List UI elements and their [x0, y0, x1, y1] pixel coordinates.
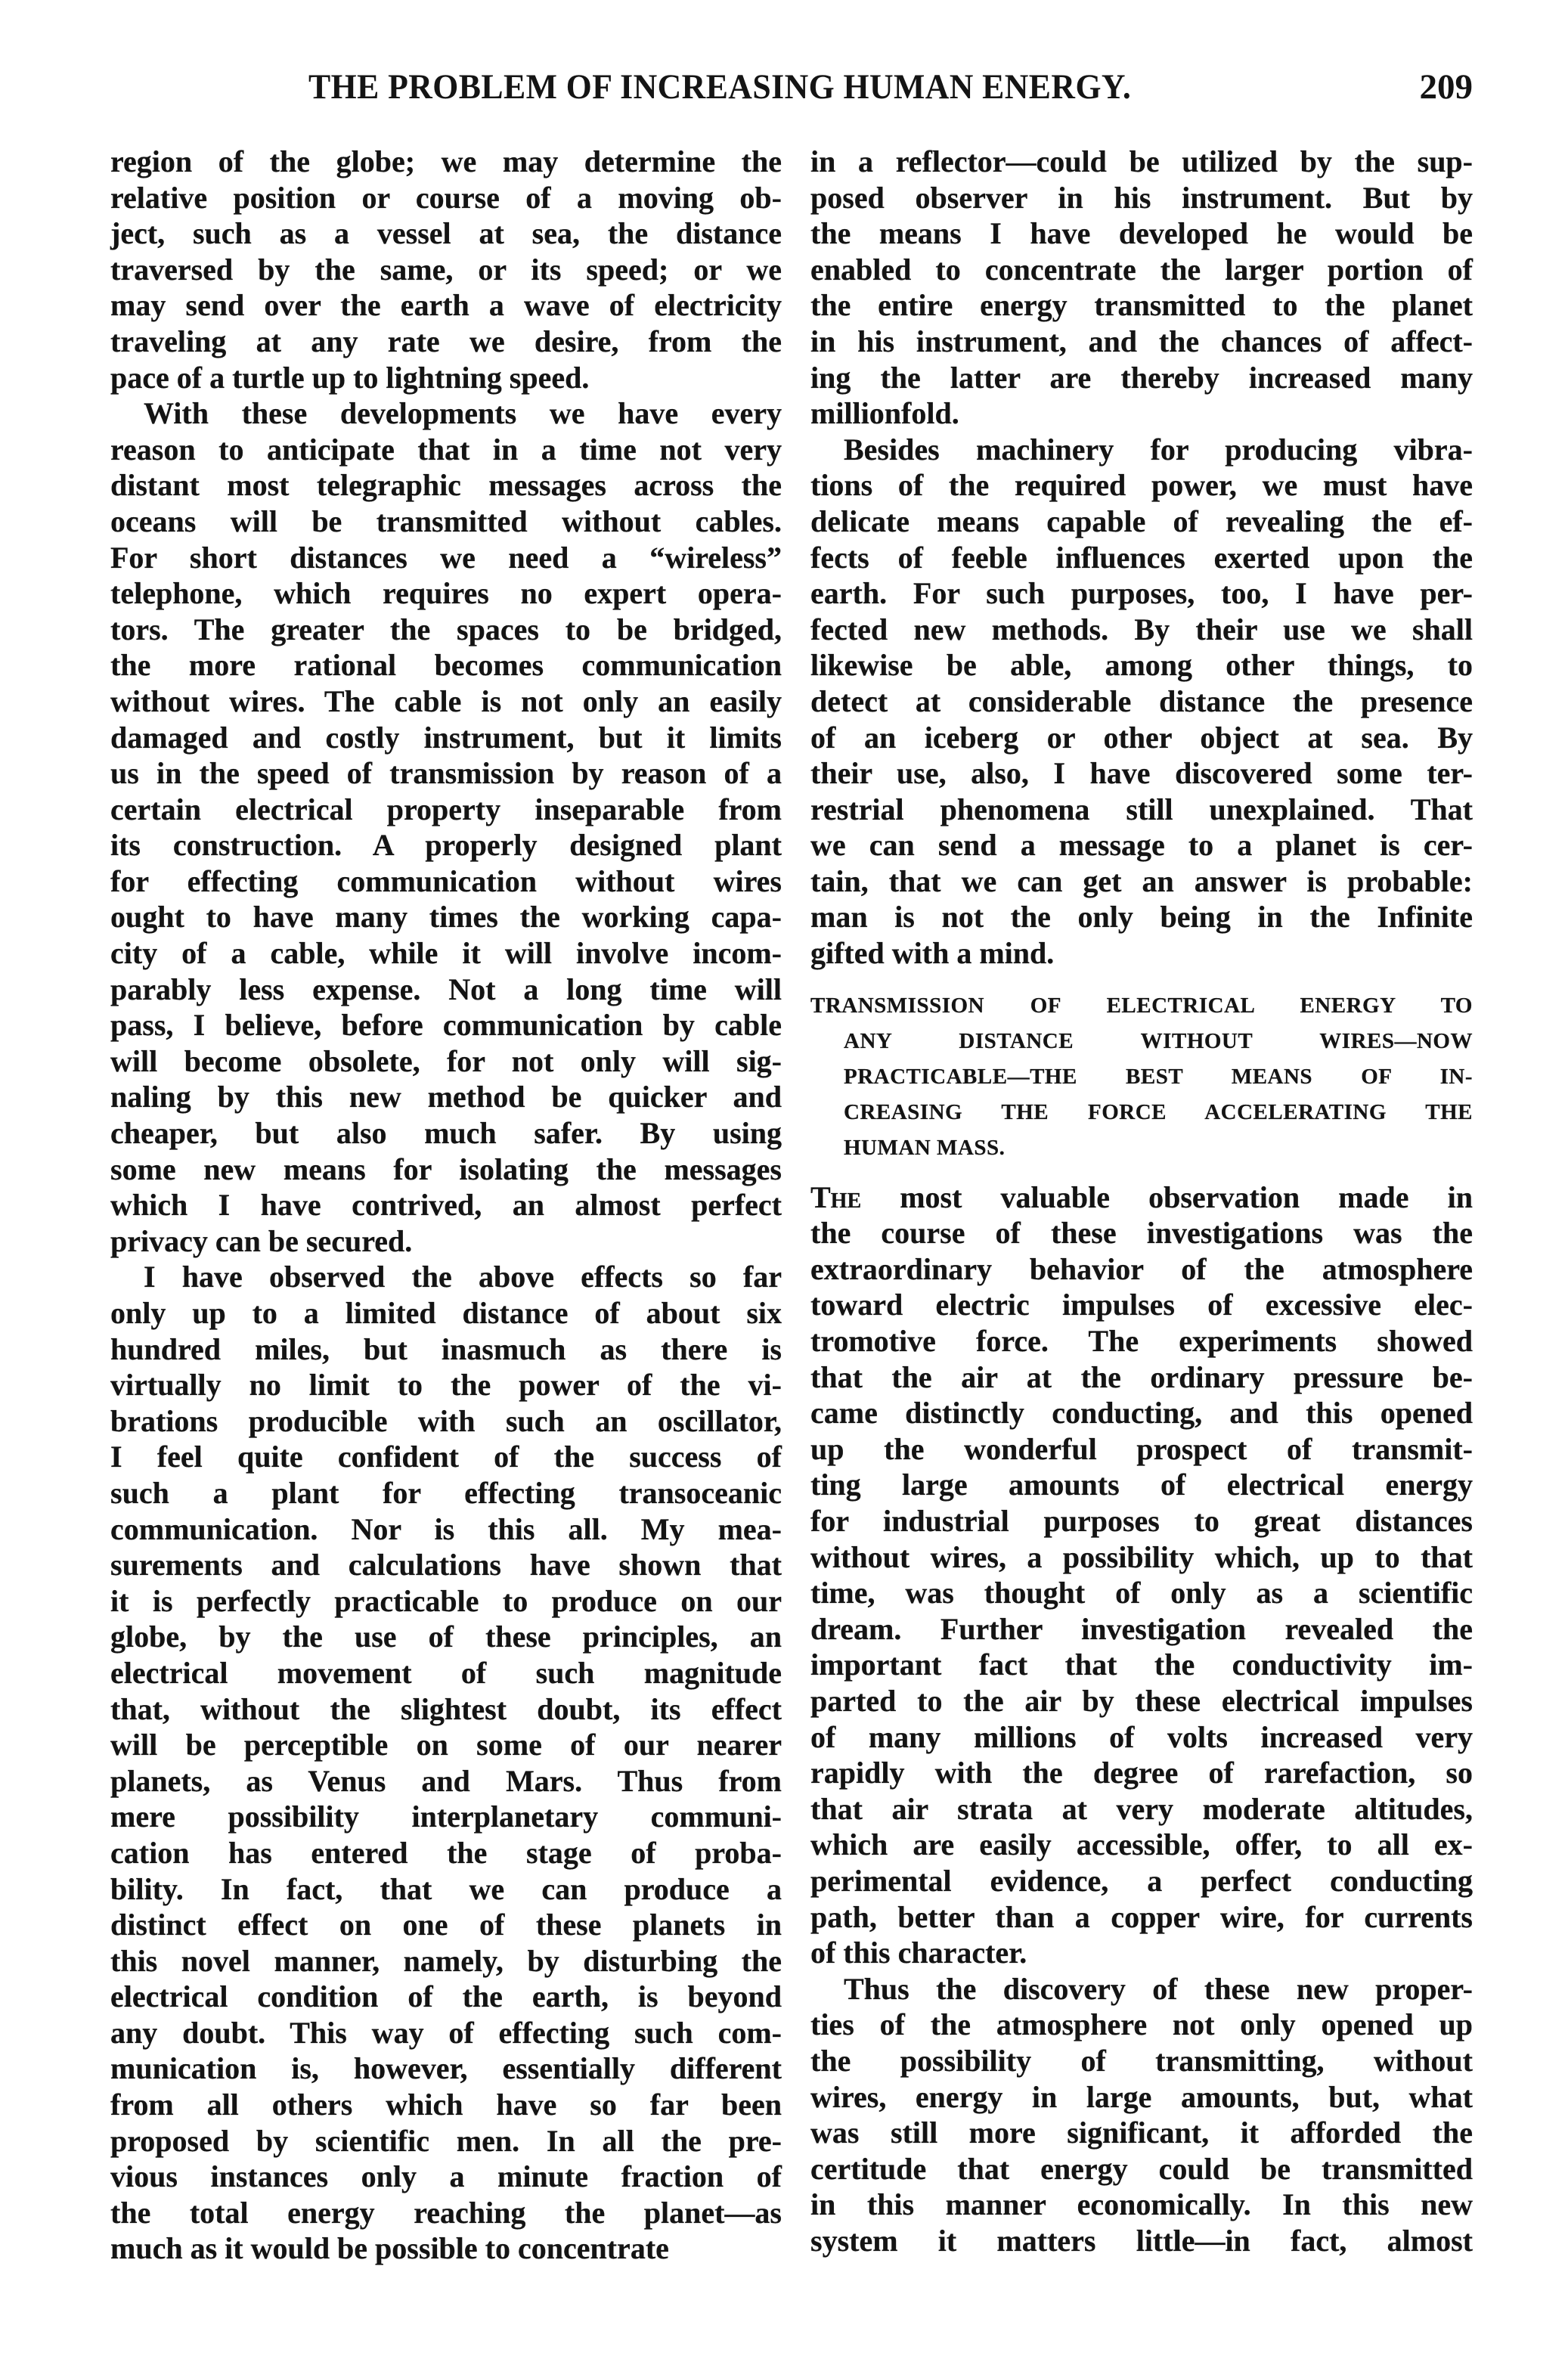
text-line: ject, such as a vessel at sea, the dista…	[110, 215, 782, 252]
text-line: will become obsolete, for not only will …	[110, 1043, 782, 1080]
text-line: the means I have developed he would be	[810, 215, 1473, 252]
text-line: much as it would be possible to concentr…	[110, 2230, 782, 2267]
text-line: some new means for isolating the message…	[110, 1152, 782, 1188]
heading-line: HUMAN MASS.	[810, 1130, 1473, 1166]
text-line: telephone, which requires no expert oper…	[110, 575, 782, 612]
text-line: tromotive force. The experiments showed	[810, 1323, 1473, 1359]
text-line: Besides machinery for producing vibra-	[810, 432, 1473, 468]
paragraph: The most valuable observation made in th…	[810, 1179, 1473, 1971]
paragraph-lead-word: The	[810, 1180, 861, 1214]
text-line: for effecting communication without wire…	[110, 863, 782, 900]
text-line: privacy can be secured.	[110, 1223, 782, 1260]
text-line: rapidly with the degree of rarefaction, …	[810, 1755, 1473, 1791]
text-line: posed observer in his instrument. But by	[810, 180, 1473, 216]
text-line: tors. The greater the spaces to be bridg…	[110, 612, 782, 648]
text-line: extraordinary behavior of the atmosphere	[810, 1251, 1473, 1288]
paragraph: Besides machinery for producing vibra-ti…	[810, 432, 1473, 972]
text-line: With these developments we have every	[110, 395, 782, 432]
text-line: ing the latter are thereby increased man…	[810, 360, 1473, 396]
text-line: electrical movement of such magnitude	[110, 1655, 782, 1691]
text-line: fects of feeble influences exerted upon …	[810, 540, 1473, 576]
text-line: in a reflector—could be utilized by the …	[810, 144, 1473, 180]
text-line: communication. Nor is this all. My mea-	[110, 1511, 782, 1548]
text-line: certain electrical property inseparable …	[110, 792, 782, 828]
text-line: virtually no limit to the power of the v…	[110, 1367, 782, 1403]
text-line: the entire energy transmitted to the pla…	[810, 287, 1473, 324]
text-line: bility. In fact, that we can produce a	[110, 1871, 782, 1908]
text-line: such a plant for effecting transoceanic	[110, 1475, 782, 1511]
text-line: relative position or course of a moving …	[110, 180, 782, 216]
text-line: only up to a limited distance of about s…	[110, 1295, 782, 1331]
text-line: any doubt. This way of effecting such co…	[110, 2015, 782, 2051]
text-line: ties of the atmosphere not only opened u…	[810, 2007, 1473, 2043]
text-line: which I have contrived, an almost perfec…	[110, 1187, 782, 1223]
text-line: gifted with a mind.	[810, 935, 1473, 972]
text-line: that the air at the ordinary pressure be…	[810, 1359, 1473, 1396]
text-line: planets, as Venus and Mars. Thus from	[110, 1763, 782, 1799]
text-line: up the wonderful prospect of transmit-	[810, 1431, 1473, 1468]
page-number: 209	[1420, 67, 1473, 107]
text-line: the more rational becomes communication	[110, 647, 782, 684]
text-line: naling by this new method be quicker and	[110, 1079, 782, 1115]
text-line: system it matters little—in fact, almost	[810, 2223, 1473, 2259]
text-line: mere possibility interplanetary communi-	[110, 1799, 782, 1835]
text-line: likewise be able, among other things, to	[810, 647, 1473, 684]
text-line: dream. Further investigation revealed th…	[810, 1611, 1473, 1648]
text-line: which are easily accessible, offer, to a…	[810, 1827, 1473, 1863]
text-line: us in the speed of transmission by reaso…	[110, 755, 782, 792]
text-line: parted to the air by these electrical im…	[810, 1683, 1473, 1719]
text-line: I feel quite confident of the success of	[110, 1439, 782, 1475]
heading-line: CREASING THE FORCE ACCELERATING THE	[810, 1095, 1473, 1130]
text-line: its construction. A properly designed pl…	[110, 827, 782, 863]
text-line: pass, I believe, before communication by…	[110, 1007, 782, 1043]
heading-line: TRANSMISSION OF ELECTRICAL ENERGY TO	[810, 988, 1473, 1024]
text-line: their use, also, I have discovered some …	[810, 755, 1473, 792]
text-line: brations producible with such an oscilla…	[110, 1403, 782, 1440]
text-line: man is not the only being in the Infinit…	[810, 899, 1473, 935]
text-line: distinct effect on one of these planets …	[110, 1907, 782, 1943]
text-line: pace of a turtle up to lightning speed.	[110, 360, 782, 396]
section-heading: TRANSMISSION OF ELECTRICAL ENERGY TOANY …	[810, 988, 1473, 1166]
text-line: of an iceberg or other object at sea. By	[810, 720, 1473, 756]
text-line: parably less expense. Not a long time wi…	[110, 972, 782, 1008]
text-line: in his instrument, and the chances of af…	[810, 324, 1473, 360]
text-line: was still more significant, it afforded …	[810, 2115, 1473, 2151]
text-line: reason to anticipate that in a time not …	[110, 432, 782, 468]
text-line: time, was thought of only as a scientifi…	[810, 1575, 1473, 1611]
paragraph: in a reflector—could be utilized by the …	[810, 144, 1473, 432]
text-line: will be perceptible on some of our neare…	[110, 1727, 782, 1763]
text-line: electrical condition of the earth, is be…	[110, 1979, 782, 2015]
text-line: perimental evidence, a perfect conductin…	[810, 1863, 1473, 1899]
text-line: it is perfectly practicable to produce o…	[110, 1583, 782, 1620]
text-line: path, better than a copper wire, for cur…	[810, 1899, 1473, 1936]
text-line: traversed by the same, or its speed; or …	[110, 252, 782, 288]
text-line: Thus the discovery of these new proper-	[810, 1971, 1473, 2007]
text-line: important fact that the conductivity im-	[810, 1647, 1473, 1683]
text-line: fected new methods. By their use we shal…	[810, 612, 1473, 648]
text-line: munication is, however, essentially diff…	[110, 2051, 782, 2087]
text-line: of many millions of volts increased very	[810, 1719, 1473, 1756]
text-line: damaged and costly instrument, but it li…	[110, 720, 782, 756]
text-line: ting large amounts of electrical energy	[810, 1467, 1473, 1503]
text-line: cation has entered the stage of proba-	[110, 1835, 782, 1871]
text-line: this novel manner, namely, by disturbing…	[110, 1943, 782, 1979]
text-line: distant most telegraphic messages across…	[110, 467, 782, 504]
text-line: for industrial purposes to great distanc…	[810, 1503, 1473, 1539]
text-line: we can send a message to a planet is cer…	[810, 827, 1473, 863]
text-line: globe, by the use of these principles, a…	[110, 1619, 782, 1655]
text-line: region of the globe; we may determine th…	[110, 144, 782, 180]
text-line: I have observed the above effects so far	[110, 1259, 782, 1295]
running-head: THE PROBLEM OF INCREASING HUMAN ENERGY. …	[308, 67, 1473, 112]
text-line: For short distances we need a “wireless”	[110, 540, 782, 576]
right-column: in a reflector—could be utilized by the …	[810, 144, 1473, 2258]
text-line: vious instances only a minute fraction o…	[110, 2159, 782, 2195]
left-column: region of the globe; we may determine th…	[110, 144, 782, 2267]
text-line: the possibility of transmitting, without	[810, 2043, 1473, 2079]
heading-line: ANY DISTANCE WITHOUT WIRES—NOW	[810, 1024, 1473, 1059]
text-line: proposed by scientific men. In all the p…	[110, 2123, 782, 2159]
text-line: restrial phenomena still unexplained. Th…	[810, 792, 1473, 828]
text-line: traveling at any rate we desire, from th…	[110, 324, 782, 360]
text-line: the total energy reaching the planet—as	[110, 2195, 782, 2231]
text-line: hundred miles, but inasmuch as there is	[110, 1331, 782, 1368]
text-line: that air strata at very moderate altitud…	[810, 1791, 1473, 1827]
text-line: wires, energy in large amounts, but, wha…	[810, 2079, 1473, 2116]
text-line: surements and calculations have shown th…	[110, 1547, 782, 1583]
text-line: oceans will be transmitted without cable…	[110, 504, 782, 540]
running-title: THE PROBLEM OF INCREASING HUMAN ENERGY.	[308, 67, 1131, 107]
text-line: The most valuable observation made in	[810, 1179, 1473, 1216]
text-line: tions of the required power, we must hav…	[810, 467, 1473, 504]
text-line: toward electric impulses of excessive el…	[810, 1287, 1473, 1323]
heading-line: PRACTICABLE—THE BEST MEANS OF IN-	[810, 1059, 1473, 1095]
text-line: earth. For such purposes, too, I have pe…	[810, 575, 1473, 612]
text-line: in this manner economically. In this new	[810, 2187, 1473, 2223]
text-line: millionfold.	[810, 395, 1473, 432]
text-line: delicate means capable of revealing the …	[810, 504, 1473, 540]
text-line: certitude that energy could be transmitt…	[810, 2151, 1473, 2187]
paragraph: Thus the discovery of these new proper-t…	[810, 1971, 1473, 2259]
text-line: tain, that we can get an answer is proba…	[810, 863, 1473, 900]
text-line: city of a cable, while it will involve i…	[110, 935, 782, 972]
text-line: of this character.	[810, 1935, 1473, 1971]
text-line: from all others which have so far been	[110, 2087, 782, 2123]
text-line: cheaper, but also much safer. By using	[110, 1115, 782, 1152]
text-fragment: most valuable observation made in	[861, 1180, 1473, 1214]
text-line: came distinctly conducting, and this ope…	[810, 1395, 1473, 1431]
text-line: enabled to concentrate the larger portio…	[810, 252, 1473, 288]
text-line: the course of these investigations was t…	[810, 1215, 1473, 1251]
text-line: ought to have many times the working cap…	[110, 899, 782, 935]
text-line: without wires, a possibility which, up t…	[810, 1539, 1473, 1576]
text-line: without wires. The cable is not only an …	[110, 684, 782, 720]
text-line: detect at considerable distance the pres…	[810, 684, 1473, 720]
text-line: that, without the slightest doubt, its e…	[110, 1691, 782, 1728]
text-line: may send over the earth a wave of electr…	[110, 287, 782, 324]
